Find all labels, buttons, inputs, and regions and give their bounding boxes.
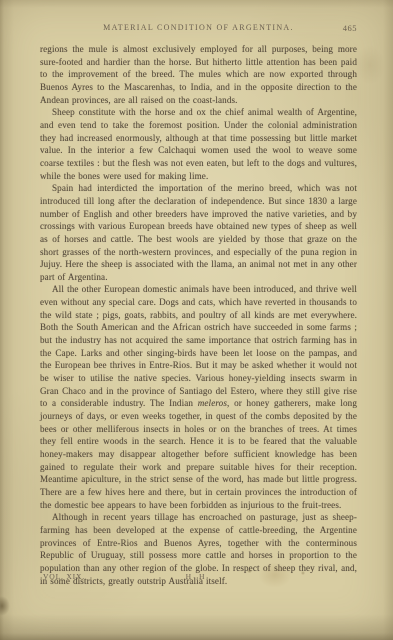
page-body: regions the mule is almost exclusively e…: [40, 43, 357, 587]
italic-term: meleros: [198, 398, 227, 408]
paragraph: All the other European domestic animals …: [40, 283, 357, 511]
running-title: MATERIAL CONDITION OF ARGENTINA.: [40, 23, 357, 32]
text-segment: regions the mule is almost exclusively e…: [40, 44, 357, 105]
text-segment: Sheep constitute with the horse and ox t…: [40, 107, 357, 180]
page-number: 465: [343, 23, 357, 33]
edge-stain: [0, 596, 10, 616]
running-header: MATERIAL CONDITION OF ARGENTINA. 465: [40, 23, 357, 36]
text-segment: , or honey gatherers, make long journeys…: [40, 398, 357, 509]
paragraph: Spain had interdicted the importation of…: [40, 182, 357, 283]
paragraph: Sheep constitute with the horse and ox t…: [40, 106, 357, 182]
book-page: MATERIAL CONDITION OF ARGENTINA. 465 reg…: [0, 0, 393, 640]
text-segment: Spain had interdicted the importation of…: [40, 183, 357, 282]
corner-shade: [355, 45, 385, 85]
page-footer: VOL. XIX. H H: [0, 572, 393, 584]
paragraph: regions the mule is almost exclusively e…: [40, 43, 357, 106]
text-segment: All the other European domestic animals …: [40, 284, 357, 408]
signature-mark: H H: [0, 572, 393, 581]
